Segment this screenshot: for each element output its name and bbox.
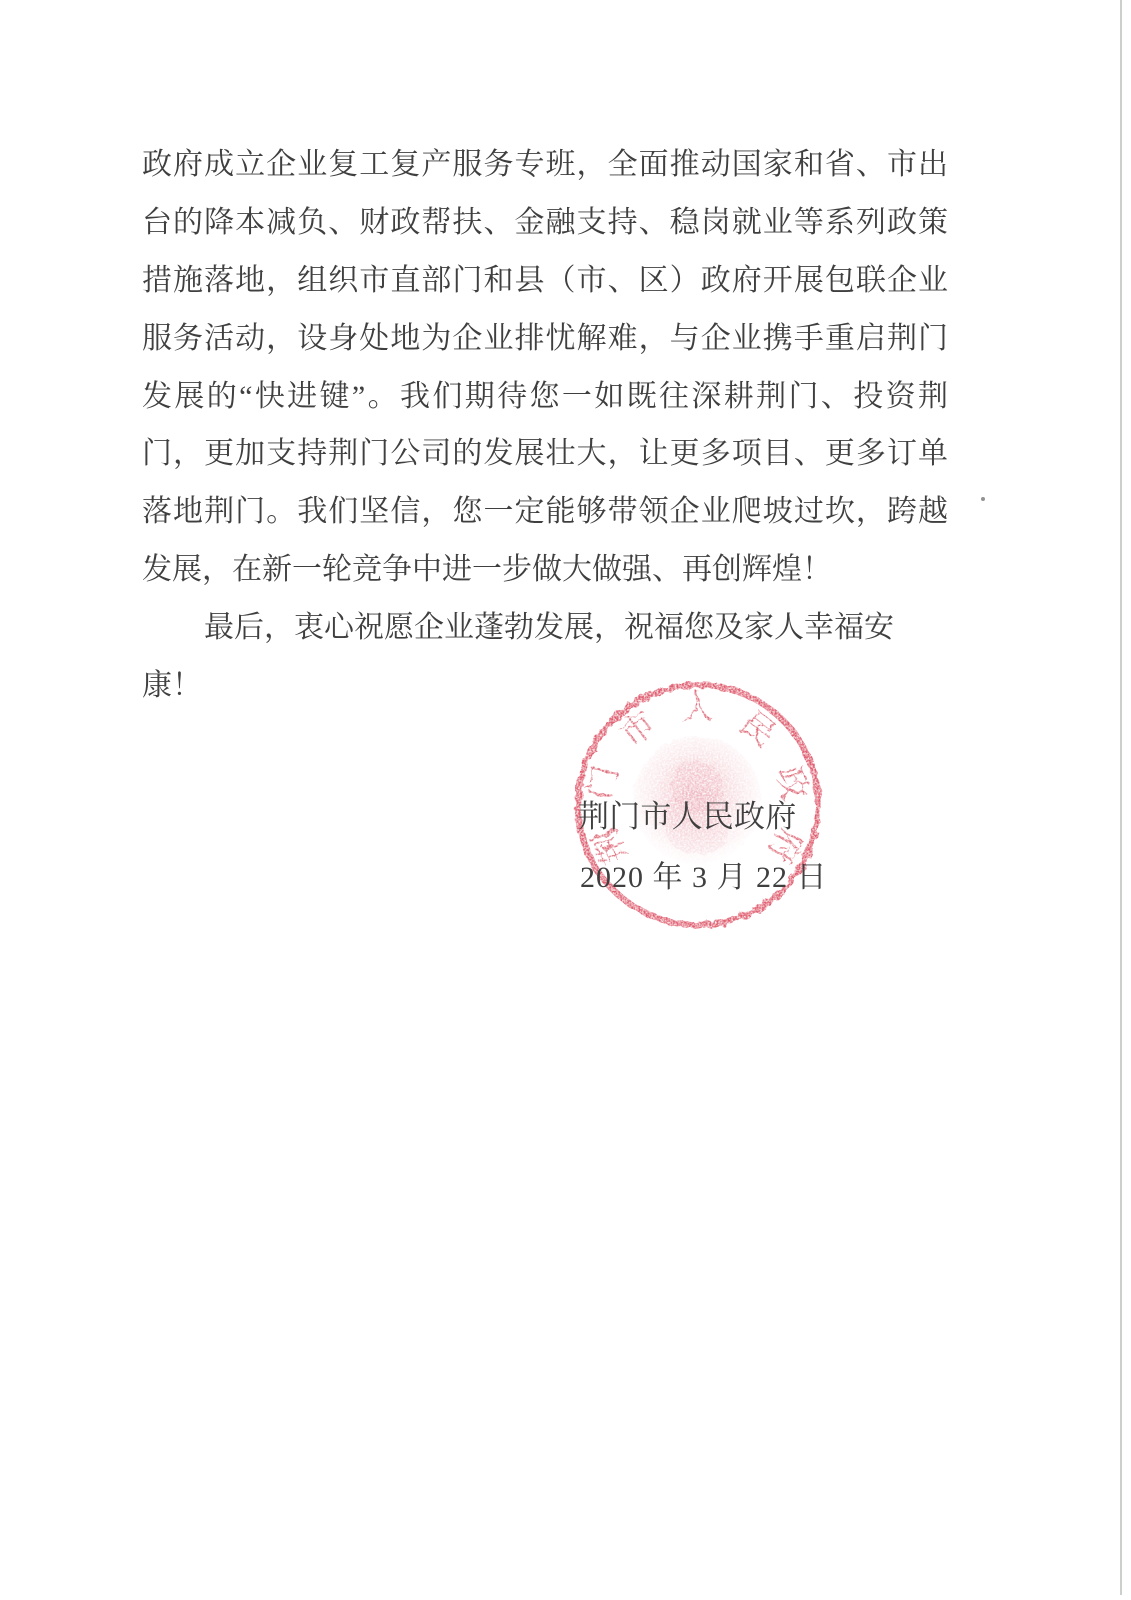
scan-edge-line <box>1120 0 1122 1595</box>
paragraph-line: 台的降本减负、财政帮扶、金融支持、稳岗就业等系列政策 <box>142 194 948 252</box>
seal-character: 政 <box>769 762 814 804</box>
paragraph-line: 政府成立企业复工复产服务专班，全面推动国家和省、市出 <box>142 136 948 194</box>
document-page: 荆门市人民政府 政府成立企业复工复产服务专班，全面推动国家和省、市出 台的降本减… <box>0 0 1131 1600</box>
closing-line: 最后，衷心祝愿企业蓬勃发展，祝福您及家人幸福安康！ <box>142 599 948 657</box>
paragraph-line: 落地荆门。我们坚信，您一定能够带领企业爬坡过坎，跨越 <box>142 483 948 541</box>
paragraph-line: 门，更加支持荆门公司的发展壮大，让更多项目、更多订单 <box>142 425 948 483</box>
paragraph-line: 发展，在新一轮竞争中进一步做大做强、再创辉煌！ <box>142 541 948 599</box>
signature-date: 2020 年 3 月 22 日 <box>580 861 828 895</box>
paragraph-line: 发展的“快进键”。我们期待您一如既往深耕荆门、投资荆 <box>142 368 948 426</box>
paragraph-line: 服务活动，设身处地为企业排忧解难，与企业携手重启荆门 <box>142 310 948 368</box>
scan-speck-dot <box>981 497 985 501</box>
paragraph-line: 措施落地，组织市直部门和县（市、区）政府开展包联企业 <box>142 252 948 310</box>
seal-character: 门 <box>582 762 627 804</box>
seal-character: 人 <box>681 691 715 728</box>
signature-org: 荆门市人民政府 <box>578 799 796 835</box>
letter-body: 政府成立企业复工复产服务专班，全面推动国家和省、市出 台的降本减负、财政帮扶、金… <box>142 136 948 657</box>
